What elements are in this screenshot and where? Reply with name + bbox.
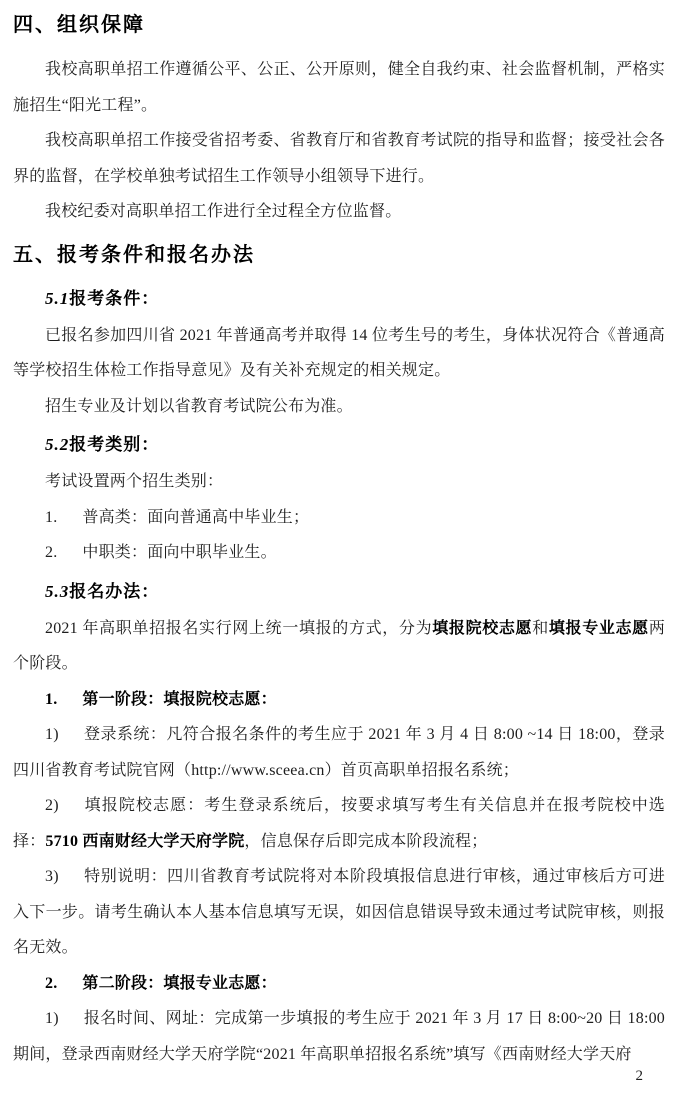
list-item-category-general: 1.普高类：面向普通高中毕业生； bbox=[13, 500, 665, 536]
stage2-step-time-website: 1)报名时间、网址：完成第一步填报的考生应于 2021 年 3 月 17 日 8… bbox=[13, 1001, 665, 1072]
step-text: 登录系统：凡符合报名条件的考生应于 2021 年 3 月 4 日 8:00 ~1… bbox=[13, 726, 665, 779]
step-text: 报名时间、网址：完成第一步填报的考生应于 2021 年 3 月 17 日 8:0… bbox=[13, 1010, 665, 1063]
stage1-step-special-note: 3)特别说明：四川省教育考试院将对本阶段填报信息进行审核，通过审核后方可进入下一… bbox=[13, 859, 665, 966]
stage-title: 第一阶段：填报院校志愿： bbox=[82, 691, 276, 708]
step-number: 1) bbox=[45, 726, 59, 743]
step-number: 1) bbox=[45, 1010, 59, 1027]
paragraph-supervision: 我校高职单招工作接受省招考委、省教育厅和省教育考试院的指导和监督；接受社会各界的… bbox=[13, 123, 665, 194]
list-item-number: 2. bbox=[45, 544, 57, 561]
document-page: 四、组织保障 我校高职单招工作遵循公平、公正、公开原则，健全自我约束、社会监督机… bbox=[0, 0, 680, 1096]
stage-number: 1. bbox=[45, 691, 57, 708]
stage1-step-fill-college-preference: 2)填报院校志愿：考生登录系统后，按要求填写考生有关信息并在报考院校中选择：57… bbox=[13, 788, 665, 859]
paragraph-discipline-inspection: 我校纪委对高职单招工作进行全过程全方位监督。 bbox=[13, 194, 665, 230]
stage2-heading: 2.第二阶段：填报专业志愿： bbox=[13, 966, 665, 1002]
run-bold-college-code-name: 5710 西南财经大学天府学院 bbox=[45, 833, 244, 850]
run-text: ，信息保存后即完成本阶段流程； bbox=[244, 833, 487, 850]
paragraph-fairness-principles: 我校高职单招工作遵循公平、公正、公开原则，健全自我约束、社会监督机制，严格实施招… bbox=[13, 52, 665, 123]
run-bold-college-preference: 填报院校志愿 bbox=[432, 620, 532, 637]
page-number: 2 bbox=[636, 1066, 644, 1086]
step-text: 特别说明：四川省教育考试院将对本阶段填报信息进行审核，通过审核后方可进入下一步。… bbox=[13, 868, 665, 956]
stage1-step-login-system: 1)登录系统：凡符合报名条件的考生应于 2021 年 3 月 4 日 8:00 … bbox=[13, 717, 665, 788]
stage1-heading: 1.第一阶段：填报院校志愿： bbox=[13, 682, 665, 718]
list-item-category-vocational: 2.中职类：面向中职毕业生。 bbox=[13, 535, 665, 571]
subsection-heading-5-2: 5.2报考类别： bbox=[13, 432, 665, 458]
list-item-text: 中职类：面向中职毕业生。 bbox=[82, 544, 276, 561]
paragraph-categories-intro: 考试设置两个招生类别： bbox=[13, 464, 665, 500]
stage-title: 第二阶段：填报专业志愿： bbox=[82, 975, 276, 992]
step-number: 2) bbox=[45, 797, 59, 814]
run-bold-major-preference: 填报专业志愿 bbox=[549, 620, 649, 637]
paragraph-registration-method: 2021 年高职单招报名实行网上统一填报的方式，分为填报院校志愿和填报专业志愿两… bbox=[13, 611, 665, 682]
list-item-text: 普高类：面向普通高中毕业生； bbox=[82, 509, 309, 526]
subsection-heading-5-1: 5.1报考条件： bbox=[13, 286, 665, 312]
section-heading-organization-guarantee: 四、组织保障 bbox=[13, 12, 665, 38]
run-text: 2021 年高职单招报名实行网上统一填报的方式，分为 bbox=[45, 620, 432, 637]
run-text: 和 bbox=[532, 620, 549, 637]
subsection-heading-5-3: 5.3报名办法： bbox=[13, 579, 665, 605]
step-number: 3) bbox=[45, 868, 59, 885]
paragraph-eligibility: 已报名参加四川省 2021 年普通高考并取得 14 位考生号的考生，身体状况符合… bbox=[13, 318, 665, 389]
paragraph-enrollment-plan: 招生专业及计划以省教育考试院公布为准。 bbox=[13, 389, 665, 425]
list-item-number: 1. bbox=[45, 509, 57, 526]
section-heading-application-conditions: 五、报考条件和报名办法 bbox=[13, 242, 665, 268]
stage-number: 2. bbox=[45, 975, 57, 992]
